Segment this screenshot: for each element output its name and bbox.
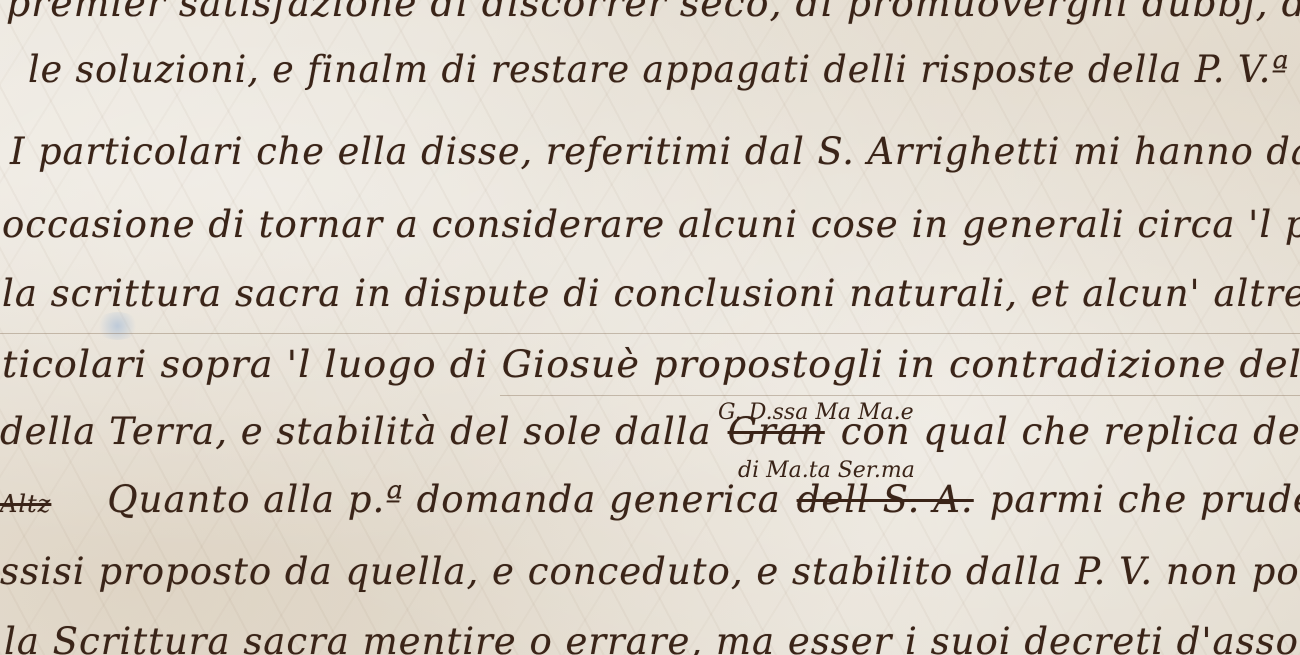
ruled-line: [500, 395, 1300, 396]
manuscript-line-8: ssisi proposto da quella, e conceduto, e…: [0, 550, 1300, 593]
manuscript-line-5: ticolari sopra 'l luogo di Giosuè propos…: [2, 343, 1300, 386]
manuscript-line-4: la scrittura sacra in dispute di conclus…: [2, 272, 1300, 315]
manuscript-line-7: AltzQuanto alla p.ª domanda genericadell…: [0, 478, 1300, 521]
manuscript-page: premier satisfazione di discorrer seco, …: [0, 0, 1300, 655]
struck-word: dell S. A.: [797, 478, 974, 521]
manuscript-line-1: le soluzioni, e finalm di restare appaga…: [28, 48, 1289, 91]
ruled-line: [0, 333, 1300, 334]
struck-word: Altz: [0, 490, 51, 518]
interlinear-insertion: di Ma.ta Ser.ma: [738, 458, 915, 483]
manuscript-line-3: occasione di tornar a considerare alcuni…: [2, 203, 1300, 246]
manuscript-line-6: della Terra, e stabilità del sole dallaG…: [0, 410, 1300, 453]
interlinear-insertion: G. D.ssa Ma Ma.e: [718, 400, 914, 425]
manuscript-line-0: premier satisfazione di discorrer seco, …: [6, 0, 1300, 25]
blue-stain: [95, 312, 140, 340]
manuscript-line-9: la Scrittura sacra mentire o errare, ma …: [4, 620, 1300, 655]
manuscript-line-2: I particolari che ella disse, referitimi…: [10, 130, 1300, 173]
